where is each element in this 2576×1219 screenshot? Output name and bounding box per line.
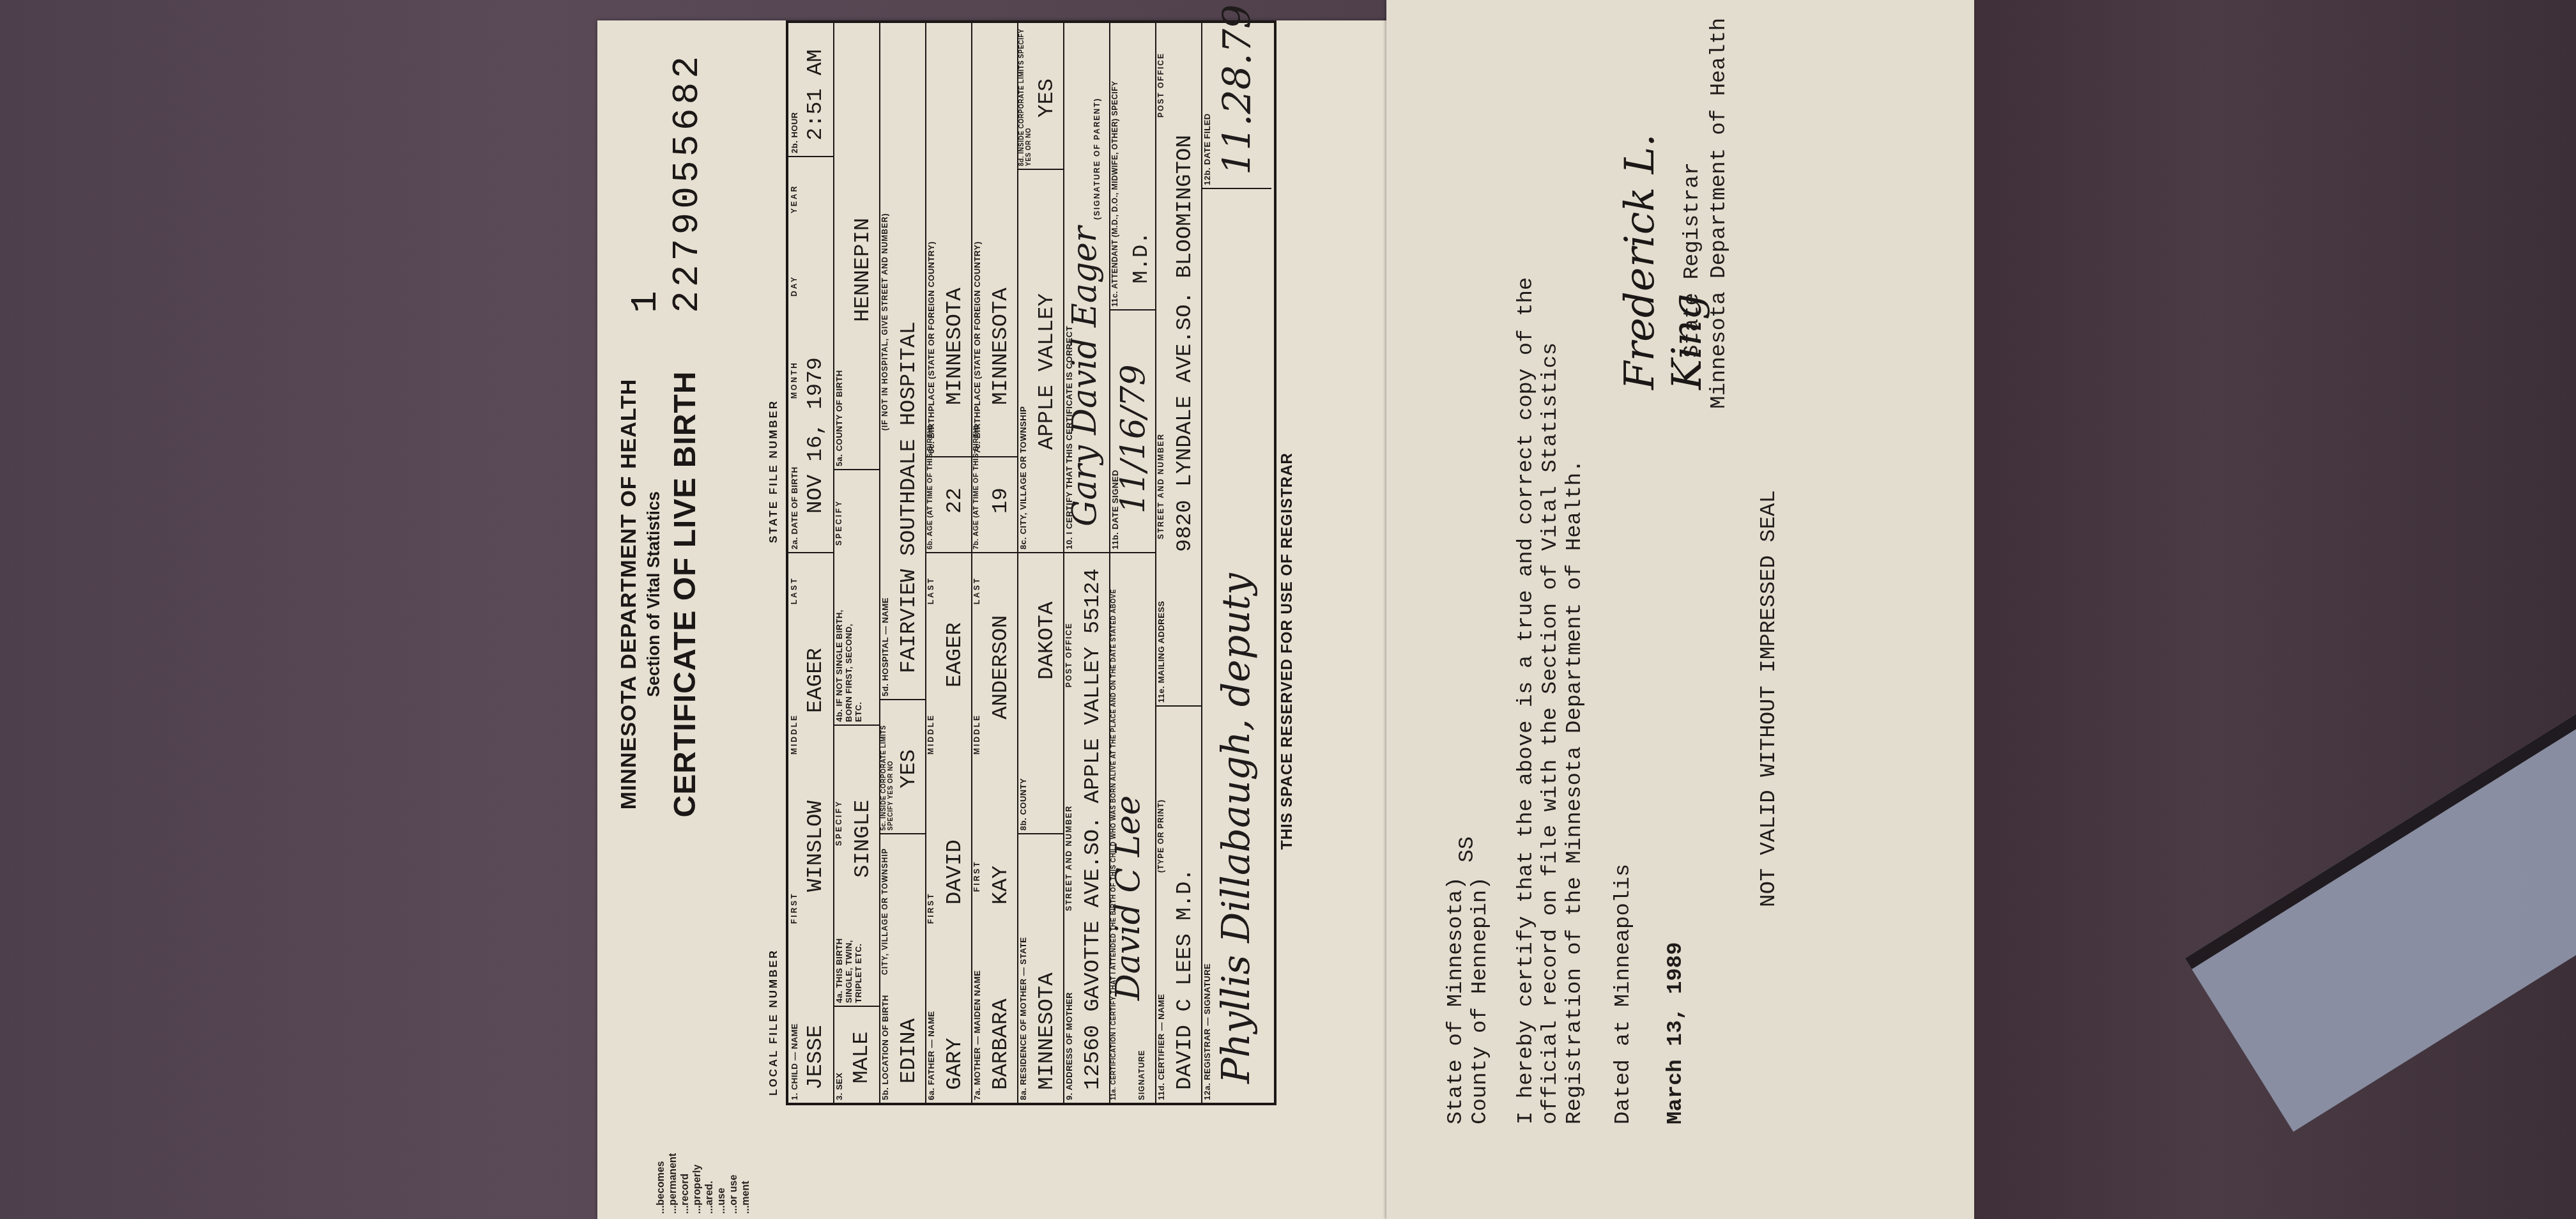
value-father-last: EAGER [943, 622, 967, 687]
sublabel-specify: SPECIFY [834, 500, 843, 546]
cell-inside-limits: 5c. INSIDE CORPORATE LIMITS SPECIFY YES … [879, 700, 925, 834]
attestation-date: March 13, 1989 [1664, 942, 1688, 1124]
sublabel-street: STREET AND NUMBER [1064, 805, 1073, 911]
seal-notice: NOT VALID WITHOUT IMPRESSED SEAL [1757, 490, 1781, 907]
value-date-of-birth: NOV 16, 1979 [804, 357, 828, 514]
label-father-name: 6a. FATHER — NAME [926, 1011, 936, 1100]
value-father-middle: DAVID [943, 839, 967, 905]
value-mailing-address: 9820 LYNDALE AVE.SO. BLOOMINGTON [1173, 135, 1197, 552]
cell-mother-name: 7a. MOTHER — MAIDEN NAME FIRST MIDDLE LA… [971, 553, 1017, 1103]
sublabel-hospital: (IF NOT IN HOSPITAL, GIVE STREET AND NUM… [880, 213, 889, 431]
cell-hospital: 5d. HOSPITAL — NAME (IF NOT IN HOSPITAL,… [879, 23, 925, 700]
sublabel-first: FIRST [972, 860, 981, 892]
row-child: 1. CHILD — NAME FIRST MIDDLE LAST JESSE … [788, 23, 834, 1103]
cell-mother-age: 7b. AGE (AT TIME OF THIS BIRTH) 19 [971, 457, 1017, 553]
venue-ss: SS [1455, 836, 1480, 862]
label-mother-name: 7a. MOTHER — MAIDEN NAME [972, 970, 982, 1100]
value-hour: 2:51 AM [804, 49, 828, 141]
value-attendant: M.D. [1130, 231, 1154, 284]
value-this-birth: SINGLE [851, 800, 875, 878]
cell-registrar-signature: 12a. REGISTRAR — SIGNATURE Phyllis Dilla… [1201, 189, 1271, 1103]
cell-sex: 3. SEX MALE [833, 1007, 879, 1103]
sublabel-first: FIRST [790, 892, 799, 924]
cell-residence-county: 8b. COUNTY DAKOTA [1017, 553, 1063, 834]
cell-mother-birthplace: 7c. BIRTHPLACE (STATE OR FOREIGN COUNTRY… [971, 23, 1017, 457]
label-county-of-birth: 5a. COUNTY OF BIRTH [834, 370, 844, 466]
cell-if-not-single: 4b. IF NOT SINGLE BIRTH, BORN FIRST, SEC… [833, 470, 879, 726]
label-sex: 3. SEX [834, 1073, 844, 1100]
sublabel-type-or-print: (TYPE OR PRINT) [1156, 799, 1165, 873]
certifier-signature: David C Lee [1109, 795, 1147, 1000]
certificate-number: 1 2279055682 [625, 19, 709, 313]
side-note: ...becomes ...permanent ...record ...pro… [655, 1124, 752, 1214]
sublabel-last: LAST [926, 577, 935, 604]
label-registrar-signature: 12a. REGISTRAR — SIGNATURE [1202, 963, 1212, 1100]
value-mother-last: ANDERSON [989, 615, 1013, 719]
attestation-line-1: I hereby certify that the above is a tru… [1514, 277, 1538, 1124]
agency-name: MINNESOTA DEPARTMENT OF HEALTH [617, 275, 641, 914]
label-father-birthplace: 6c. BIRTHPLACE (STATE OR FOREIGN COUNTRY… [926, 241, 936, 454]
side-note-line: ...ment [740, 1124, 752, 1214]
value-hospital: FAIRVIEW SOUTHDALE HOSPITAL [897, 321, 921, 673]
attestation-block: State of Minnesota) County of Hennepin) … [1412, 38, 1974, 1124]
local-file-number-label: LOCAL FILE NUMBER [767, 949, 780, 1096]
venue-state: State of Minnesota) [1444, 877, 1468, 1124]
signer-title: State Registrar [1680, 162, 1705, 358]
row-certifier: 11d. CERTIFIER — NAME (TYPE OR PRINT) DA… [1155, 23, 1202, 1103]
sublabel-signature-of-parent: (SIGNATURE OF PARENT) [1092, 97, 1101, 220]
side-note-line: ...becomes [655, 1124, 667, 1214]
cell-parent-certification: 10. I CERTIFY THAT THIS CERTIFICATE IS C… [1063, 23, 1109, 553]
certificate-grid: 1. CHILD — NAME FIRST MIDDLE LAST JESSE … [786, 20, 1276, 1105]
value-mother-birthplace: MINNESOTA [989, 287, 1013, 405]
cell-date-filed: 12b. DATE FILED 11.28.79 [1201, 23, 1271, 189]
label-residence-county: 8b. COUNTY [1018, 778, 1028, 831]
value-father-age: 22 [943, 487, 967, 514]
cell-father-name: 6a. FATHER — NAME FIRST MIDDLE LAST GARY… [925, 553, 971, 1103]
label-date-filed: 12b. DATE FILED [1202, 113, 1212, 185]
cell-county-of-birth: 5a. COUNTY OF BIRTH HENNEPIN [833, 23, 879, 470]
cell-location-of-birth: 5b. LOCATION OF BIRTH CITY, VILLAGE OR T… [879, 834, 925, 1103]
cell-father-birthplace: 6c. BIRTHPLACE (STATE OR FOREIGN COUNTRY… [925, 23, 971, 457]
value-mother-address: 12560 GAVOTTE AVE.SO. APPLE VALLEY 55124 [1081, 569, 1105, 1090]
side-note-line: ...record [679, 1124, 691, 1214]
value-residence-inside-limits: YES [1035, 79, 1059, 118]
attestation-line-3: Registration of the Minnesota Department… [1563, 459, 1587, 1124]
sublabel-middle: MIDDLE [972, 714, 981, 755]
label-mother-birthplace: 7c. BIRTHPLACE (STATE OR FOREIGN COUNTRY… [972, 241, 982, 454]
value-father-first: GARY [943, 1038, 967, 1090]
value-mother-first: BARBARA [989, 999, 1013, 1090]
value-location-of-birth: EDINA [897, 1018, 921, 1084]
row-mother: 7a. MOTHER — MAIDEN NAME FIRST MIDDLE LA… [971, 23, 1018, 1103]
value-inside-limits: YES [897, 749, 921, 788]
parent-signature: Gary David Eager [1066, 226, 1104, 526]
cell-residence-city: 8c. CITY, VILLAGE OR TOWNSHIP APPLE VALL… [1017, 170, 1063, 553]
row-registrar: 12a. REGISTRAR — SIGNATURE Phyllis Dilla… [1201, 23, 1271, 1103]
section-name: Section of Vital Statistics [644, 275, 664, 914]
cell-father-age: 6b. AGE (AT TIME OF THIS BIRTH) 22 [925, 457, 971, 553]
certificate-form: ...becomes ...permanent ...record ...pro… [617, 19, 1396, 1207]
value-child-first: JESSE [804, 1025, 828, 1090]
value-child-last: EAGER [804, 648, 828, 713]
cell-attendant: 11c. ATTENDANT (M.D., D.O., MIDWIFE, OTH… [1109, 23, 1155, 310]
cell-hour: 2b. HOUR 2:51 AM [788, 23, 833, 157]
label-child-name: 1. CHILD — NAME [790, 1023, 799, 1100]
value-father-birthplace: MINNESOTA [943, 287, 967, 405]
row-address: 9. ADDRESS OF MOTHER STREET AND NUMBER P… [1063, 23, 1110, 1103]
sublabel-city-village: CITY, VILLAGE OR TOWNSHIP [880, 848, 889, 975]
sublabel-year: YEAR [790, 185, 799, 213]
cell-date-of-birth: 2a. DATE OF BIRTH MONTH DAY YEAR NOV 16,… [788, 157, 833, 553]
state-file-number-label: STATE FILE NUMBER [767, 399, 780, 543]
value-certifier-name: DAVID C LEES M.D. [1173, 868, 1197, 1090]
row-sex: 3. SEX MALE 4a. THIS BIRTH SINGLE, TWIN,… [833, 23, 880, 1103]
row-father: 6a. FATHER — NAME FIRST MIDDLE LAST GARY… [925, 23, 972, 1103]
value-date-filed: 11.28.79 [1215, 4, 1260, 175]
attestation-line-2: official record on file with the Section… [1538, 342, 1563, 1124]
sublabel-signature: SIGNATURE [1137, 1050, 1146, 1100]
side-note-line: ...ared. [703, 1124, 716, 1214]
certificate-header: MINNESOTA DEPARTMENT OF HEALTH Section o… [617, 275, 703, 914]
sublabel-month: MONTH [790, 361, 799, 399]
label-attendant: 11c. ATTENDANT (M.D., D.O., MIDWIFE, OTH… [1110, 26, 1119, 307]
label-location-of-birth: 5b. LOCATION OF BIRTH [880, 995, 890, 1100]
side-note-line: ...use [716, 1124, 728, 1214]
sublabel-post-office: POST OFFICE [1064, 622, 1073, 687]
sublabel-last: LAST [972, 577, 981, 604]
label-certifier-name: 11d. CERTIFIER — NAME [1156, 993, 1166, 1100]
side-note-line: ...properly [691, 1124, 703, 1214]
label-mother-address: 9. ADDRESS OF MOTHER [1064, 992, 1074, 1100]
sublabel-post-office: POST OFFICE [1156, 52, 1165, 118]
row-residence: 8a. RESIDENCE OF MOTHER — STATE MINNESOT… [1017, 23, 1064, 1103]
sublabel-last: LAST [790, 577, 799, 604]
certificate-number-prefix: 1 [625, 287, 667, 313]
certificate-title: CERTIFICATE OF LIVE BIRTH [668, 275, 703, 914]
value-residence-state: MINNESOTA [1035, 972, 1059, 1090]
cell-date-signed: 11b. DATE SIGNED 11/16/79 [1109, 310, 1155, 553]
cell-child-name: 1. CHILD — NAME FIRST MIDDLE LAST JESSE … [788, 553, 833, 1103]
sublabel-first: FIRST [926, 892, 935, 924]
value-mother-age: 19 [989, 487, 1013, 514]
cell-certification: 11a. CERTIFICATION I CERTIFY THAT I ATTE… [1109, 553, 1155, 1103]
value-residence-city: APPLE VALLEY [1035, 293, 1059, 450]
dated-at: Dated at Minneapolis [1611, 864, 1636, 1124]
certificate-number-value: 2279055682 [667, 52, 709, 313]
venue-county: County of Hennepin) [1468, 877, 1492, 1124]
value-sex: MALE [850, 1031, 874, 1084]
label-this-birth: 4a. THIS BIRTH SINGLE, TWIN, TRIPLET ETC… [834, 914, 863, 1003]
row-location: 5b. LOCATION OF BIRTH CITY, VILLAGE OR T… [879, 23, 926, 1103]
row-certification: 11a. CERTIFICATION I CERTIFY THAT I ATTE… [1109, 23, 1156, 1103]
cell-certifier-name: 11d. CERTIFIER — NAME (TYPE OR PRINT) DA… [1155, 707, 1201, 1103]
label-residence-state: 8a. RESIDENCE OF MOTHER — STATE [1018, 937, 1028, 1100]
label-inside-limits: 5c. INSIDE CORPORATE LIMITS SPECIFY YES … [880, 703, 894, 831]
value-child-middle: WINSLOW [804, 801, 828, 892]
value-mother-middle: KAY [989, 866, 1013, 905]
side-note-line: ...permanent [667, 1124, 679, 1214]
sublabel-middle: MIDDLE [790, 714, 799, 755]
cell-residence-state: 8a. RESIDENCE OF MOTHER — STATE MINNESOT… [1017, 834, 1063, 1103]
cell-residence-inside-limits: 8d. INSIDE CORPORATE LIMITS SPECIFY YES … [1017, 23, 1063, 170]
value-residence-county: DAKOTA [1035, 602, 1059, 680]
label-hospital: 5d. HOSPITAL — NAME [880, 597, 890, 696]
label-residence-inside-limits: 8d. INSIDE CORPORATE LIMITS SPECIFY YES … [1018, 26, 1032, 166]
registrar-reserved-notice: THIS SPACE RESERVED FOR USE OF REGISTRAR [1278, 452, 1296, 850]
cell-this-birth: 4a. THIS BIRTH SINGLE, TWIN, TRIPLET ETC… [833, 726, 879, 1007]
signer-department: Minnesota Department of Health [1707, 18, 1731, 409]
value-county-of-birth: HENNEPIN [851, 218, 875, 322]
side-note-line: ...or use [728, 1124, 740, 1214]
sublabel-street: STREET AND NUMBER [1156, 433, 1165, 539]
label-if-not-single: 4b. IF NOT SINGLE BIRTH, BORN FIRST, SEC… [834, 607, 863, 722]
sublabel-specify: SPECIFY [834, 800, 843, 846]
label-mailing-address: 11e. MAILING ADDRESS [1156, 601, 1166, 703]
cell-mailing-address: 11e. MAILING ADDRESS STREET AND NUMBER P… [1155, 23, 1201, 707]
value-date-signed: 11/16/79 [1114, 364, 1153, 514]
label-hour: 2b. HOUR [790, 112, 799, 153]
sublabel-middle: MIDDLE [926, 714, 935, 755]
sublabel-day: DAY [790, 275, 799, 296]
label-date-of-birth: 2a. DATE OF BIRTH [790, 466, 799, 549]
registrar-signature: Phyllis Dillabaugh, deputy [1214, 573, 1259, 1084]
label-residence-city: 8c. CITY, VILLAGE OR TOWNSHIP [1018, 406, 1028, 549]
cell-mother-address: 9. ADDRESS OF MOTHER STREET AND NUMBER P… [1063, 553, 1109, 1103]
